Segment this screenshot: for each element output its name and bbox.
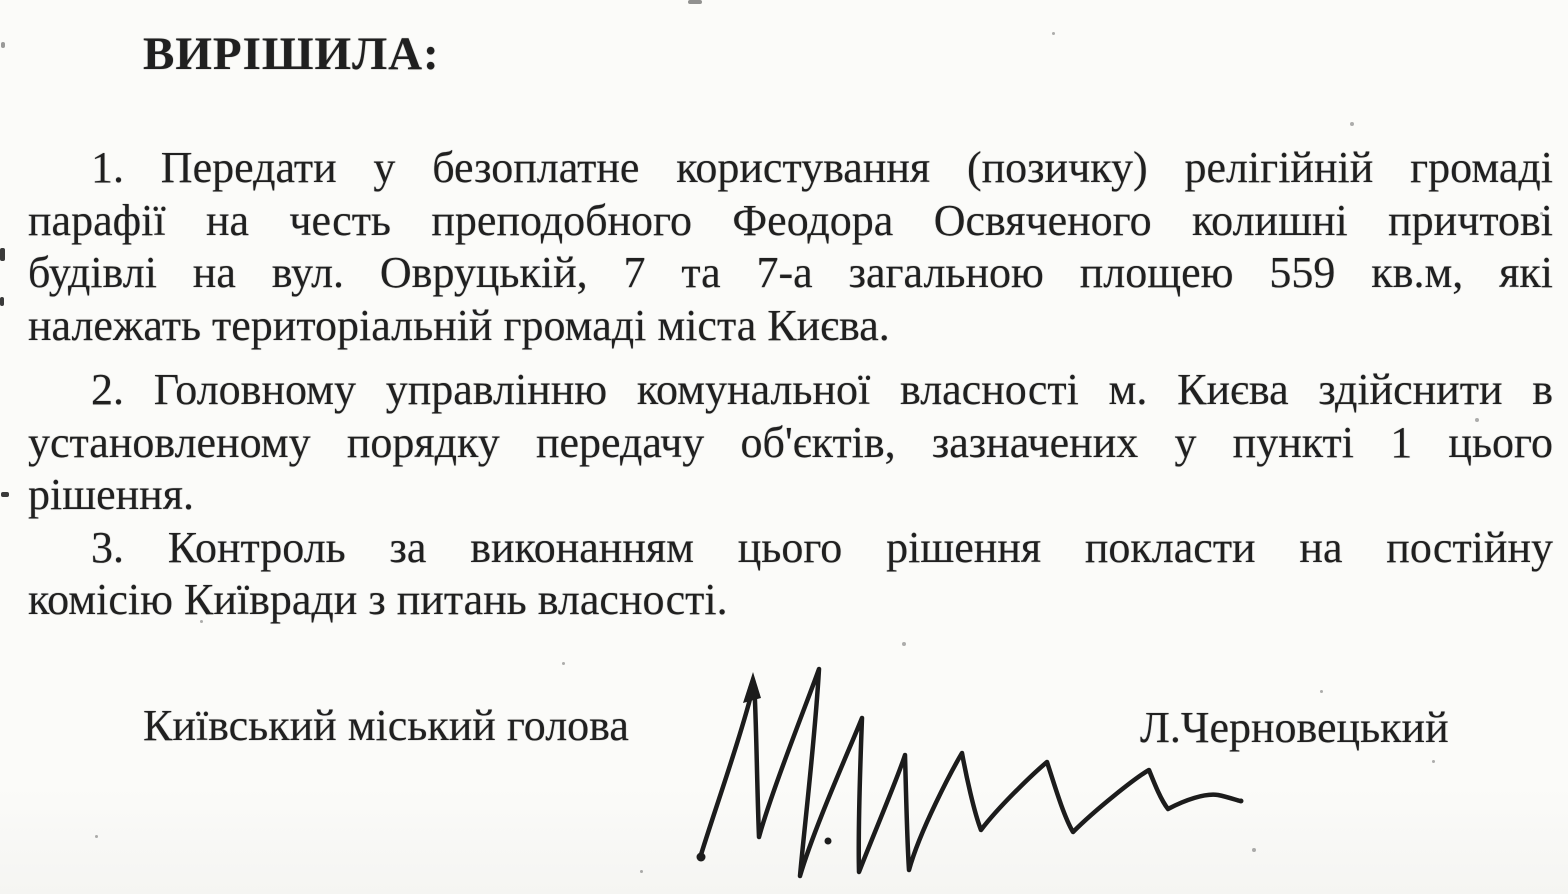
signature-pen-barb xyxy=(743,672,761,703)
scan-edge-artifact xyxy=(0,297,4,306)
scan-speck xyxy=(562,662,565,665)
scan-speck xyxy=(902,642,906,646)
scan-speck xyxy=(1432,760,1435,763)
scan-speck xyxy=(1252,848,1256,852)
scan-speck xyxy=(1540,212,1543,215)
scan-speck xyxy=(95,835,98,838)
document-body: ВИРІШИЛА: 1. Передати у безоплатне корис… xyxy=(0,0,1568,627)
paragraph-line: 3. Контроль за виконанням цього рішення … xyxy=(28,522,1553,575)
paragraph-line: належать територіальній громаді міста Ки… xyxy=(28,300,1553,353)
paragraph-line: установленому порядку передачу об'єктів,… xyxy=(28,417,1553,470)
paragraph-1: 1. Передати у безоплатне користування (п… xyxy=(28,142,1553,352)
scan-speck xyxy=(200,620,203,623)
scan-speck xyxy=(1475,418,1479,422)
scan-speck xyxy=(640,870,643,873)
scan-speck xyxy=(1052,32,1055,35)
scan-edge-artifact xyxy=(1,492,9,497)
paragraph-line: парафії на честь преподобного Феодора Ос… xyxy=(28,195,1553,248)
paragraph-line: 1. Передати у безоплатне користування (п… xyxy=(28,142,1553,195)
scan-speck xyxy=(1320,690,1323,693)
signatory-name: Л.Черновецький xyxy=(1140,702,1449,754)
signatory-title: Київський міський голова xyxy=(143,700,629,752)
paragraph-line: комісію Київради з питань власності. xyxy=(28,574,1553,627)
scan-edge-artifact xyxy=(1,42,5,48)
scan-speck xyxy=(1350,122,1354,126)
decision-heading: ВИРІШИЛА: xyxy=(143,26,1553,82)
scan-edge-artifact xyxy=(0,248,5,261)
scanned-decision-document: ВИРІШИЛА: 1. Передати у безоплатне корис… xyxy=(0,0,1568,894)
paragraph-3: 3. Контроль за виконанням цього рішення … xyxy=(28,522,1553,627)
scan-edge-artifact xyxy=(688,0,702,4)
paragraph-line: рішення. xyxy=(28,469,1553,522)
paragraph-line: 2. Головному управлінню комунальної влас… xyxy=(28,364,1553,417)
paragraph-line: будівлі на вул. Овруцькій, 7 та 7-а зага… xyxy=(28,247,1553,300)
paragraph-2: 2. Головному управлінню комунальної влас… xyxy=(28,364,1553,522)
